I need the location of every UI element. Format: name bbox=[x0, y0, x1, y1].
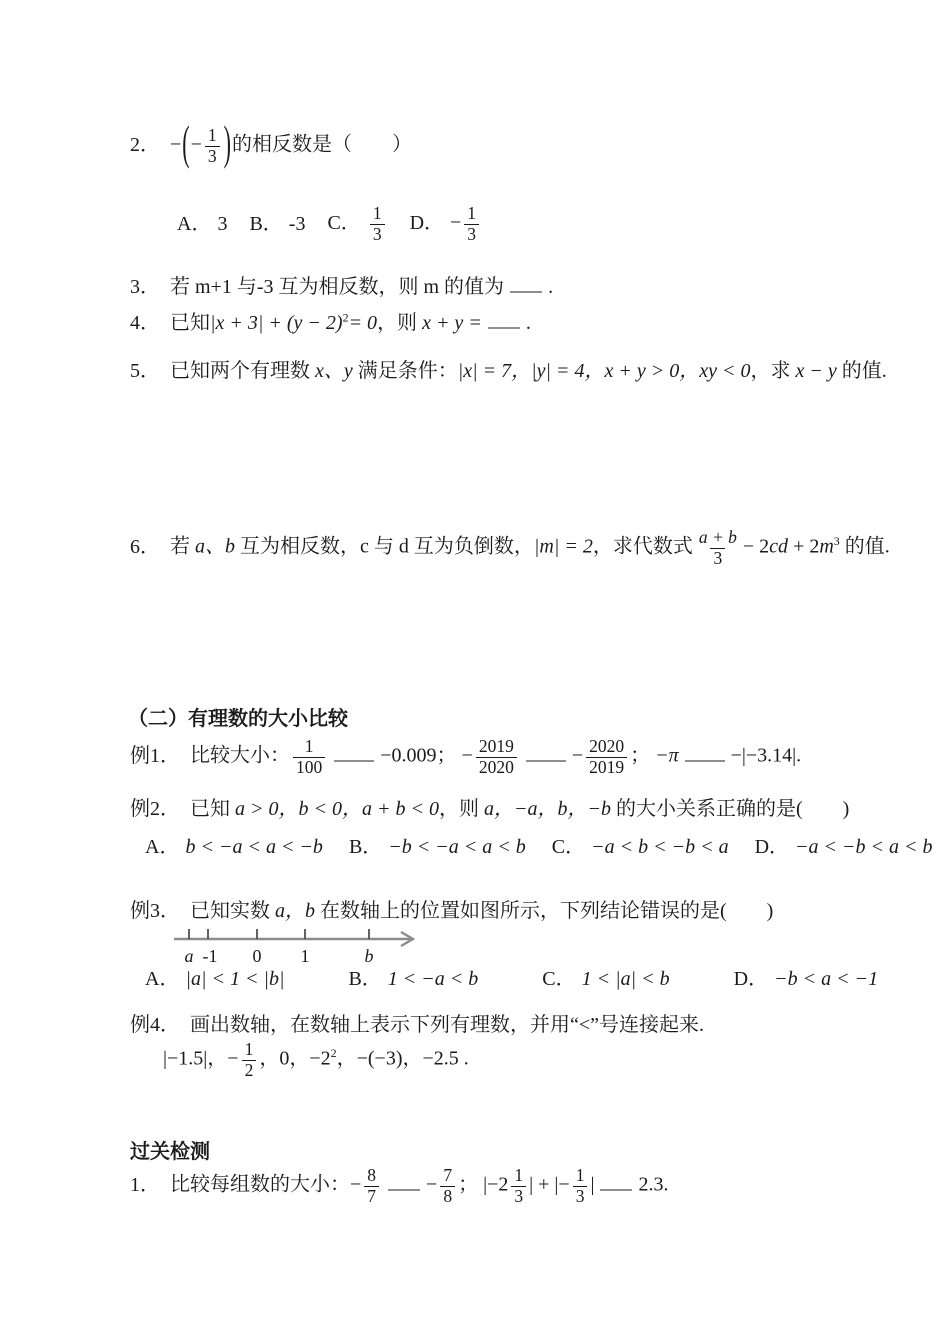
example-2: 例2．已知 a > 0，b < 0，a + b < 0，则 a，−a，b，−b … bbox=[130, 796, 849, 822]
pass-test-question-1: 1．比较每组数的大小：−87−78； |−213| + |−13|2.3. bbox=[130, 1166, 668, 1206]
example-1: 例1．比较大小：1100−0.009； −20192020−20202019； … bbox=[130, 737, 801, 777]
math-run: |x + 3| + (y − 2) bbox=[210, 312, 343, 334]
text-run: 画出数轴，在数轴上表示下列有理数，并用“<”号连接起来. bbox=[190, 1014, 704, 1036]
pass-test-heading: 过关检测 bbox=[130, 1139, 210, 1165]
math-minus: − bbox=[170, 134, 181, 156]
fraction-denominator: 8 bbox=[440, 1186, 455, 1207]
fraction-denominator: 3 bbox=[511, 1186, 526, 1207]
text-run: ； bbox=[630, 745, 650, 767]
text-run: 已知两个有理数 bbox=[170, 360, 310, 382]
math-run: m bbox=[819, 536, 833, 558]
text-run: ，则 bbox=[439, 798, 479, 820]
numline-label-a: a bbox=[185, 946, 194, 966]
option-label: D． bbox=[734, 968, 768, 990]
option-value: -3 bbox=[289, 213, 306, 235]
fraction-numerator: 1 bbox=[302, 737, 317, 757]
math-run: a、b bbox=[195, 536, 235, 558]
question-number: 例3． bbox=[130, 900, 180, 922]
numline-label-b: b bbox=[365, 946, 374, 966]
question-5: 5．已知两个有理数 x、y 满足条件：|x| = 7，|y| = 4，x + y… bbox=[130, 358, 887, 384]
math-run: −π bbox=[655, 745, 679, 767]
math-run: = 0 bbox=[349, 312, 378, 334]
section-title: （二）有理数的大小比较 bbox=[128, 708, 348, 730]
text-run: 互为相反数，c 与 d 互为负倒数， bbox=[240, 536, 534, 558]
text-run: 已知 bbox=[190, 798, 230, 820]
math-run: cd bbox=[769, 536, 788, 558]
fraction: a + b3 bbox=[696, 528, 740, 568]
text-run: . bbox=[548, 276, 553, 298]
right-paren: ) bbox=[223, 113, 232, 174]
option-label: A． bbox=[177, 213, 211, 235]
math-minus: − bbox=[191, 134, 202, 156]
math-minus: − bbox=[462, 745, 473, 767]
option-label: D． bbox=[410, 212, 444, 234]
text-run: 的值. bbox=[845, 536, 890, 558]
fraction-numerator: 2020 bbox=[586, 737, 627, 757]
math-run: a > 0，b < 0，a + b < 0 bbox=[235, 798, 439, 820]
text-run: 若 m+1 与-3 互为相反数，则 m 的值为 bbox=[170, 276, 504, 298]
option-b: B．-3 bbox=[249, 211, 305, 237]
option-value: −a < b < −b < a bbox=[591, 836, 728, 858]
math-minus: − bbox=[350, 1174, 361, 1196]
text-run: 的值. bbox=[842, 360, 887, 382]
option-c: C．−a < b < −b < a bbox=[552, 834, 729, 860]
fraction: 13 bbox=[370, 204, 385, 244]
section-title: 过关检测 bbox=[130, 1141, 210, 1163]
option-a: A．3 bbox=[177, 211, 227, 237]
fraction-denominator: 3 bbox=[710, 548, 725, 569]
math-run: + 2 bbox=[788, 536, 819, 558]
fraction: 20202019 bbox=[586, 737, 627, 777]
question-3: 3．若 m+1 与-3 互为相反数，则 m 的值为. bbox=[130, 274, 553, 300]
fraction-numerator: 1 bbox=[511, 1166, 526, 1186]
numline-label-0: 0 bbox=[253, 946, 262, 966]
text-run: ； bbox=[458, 1174, 483, 1196]
math-run: ，0，−2 bbox=[259, 1048, 330, 1070]
question-number: 3． bbox=[130, 276, 160, 298]
fraction-denominator: 3 bbox=[205, 146, 220, 167]
text-run: ，求 bbox=[751, 360, 791, 382]
fraction-numerator: 8 bbox=[364, 1166, 379, 1186]
question-2: 2．−(−13)的相反数是（ ） bbox=[130, 126, 412, 166]
fraction-denominator: 2020 bbox=[476, 757, 517, 778]
numline-label-1: 1 bbox=[301, 946, 310, 966]
option-value: 1 < |a| < b bbox=[582, 968, 670, 990]
text-run: 的相反数是（ ） bbox=[232, 134, 412, 156]
option-value: −a < −b < a < b bbox=[795, 836, 932, 858]
option-label: B． bbox=[349, 836, 382, 858]
answer-blank bbox=[526, 760, 566, 762]
math-minus: − bbox=[426, 1174, 437, 1196]
math-minus: − bbox=[572, 745, 583, 767]
question-number: 5． bbox=[130, 360, 160, 382]
fraction-denominator: 100 bbox=[293, 757, 325, 778]
fraction-numerator: 2019 bbox=[476, 737, 517, 757]
fraction: 12 bbox=[242, 1040, 257, 1080]
option-c: C．13 bbox=[327, 204, 387, 244]
question-number: 例4． bbox=[130, 1014, 180, 1036]
numline-label-neg1: -1 bbox=[203, 946, 218, 966]
option-value: 3 bbox=[217, 213, 227, 235]
option-d: D．−13 bbox=[410, 204, 482, 244]
question-number: 4． bbox=[130, 312, 160, 334]
text-run: 已知实数 bbox=[190, 900, 270, 922]
answer-blank bbox=[600, 1189, 632, 1191]
option-label: C． bbox=[552, 836, 585, 858]
option-value: b < −a < a < −b bbox=[185, 836, 322, 858]
text-run: 若 bbox=[170, 536, 190, 558]
fraction-denominator: 3 bbox=[573, 1186, 588, 1207]
math-run: −|−3.14|. bbox=[731, 745, 802, 767]
fraction-numerator: 1 bbox=[205, 126, 220, 146]
math-run: |−1.5|， bbox=[163, 1048, 227, 1070]
option-d: D．−b < a < −1 bbox=[734, 966, 878, 992]
math-run: − 2 bbox=[743, 536, 769, 558]
fraction: 87 bbox=[364, 1166, 379, 1206]
option-a: A．|a| < 1 < |b| bbox=[145, 966, 284, 992]
text-run: 的大小关系正确的是( ) bbox=[616, 798, 849, 820]
number-line-svg: a -1 0 1 b bbox=[172, 922, 422, 968]
option-b: B．−b < −a < a < b bbox=[349, 834, 526, 860]
math-run: x − y bbox=[796, 360, 837, 382]
fraction: 13 bbox=[511, 1166, 526, 1206]
math-minus: − bbox=[450, 212, 461, 234]
math-run: ，−(−3)，−2.5 . bbox=[337, 1048, 469, 1070]
fraction-denominator: 7 bbox=[364, 1186, 379, 1207]
text-run: ，求代数式 bbox=[593, 536, 693, 558]
math-run: x + y = bbox=[422, 312, 482, 334]
fraction: 13 bbox=[205, 126, 220, 166]
answer-blank bbox=[388, 1189, 420, 1191]
fraction-numerator: 7 bbox=[440, 1166, 455, 1186]
option-label: A． bbox=[145, 836, 179, 858]
question-number: 1． bbox=[130, 1174, 160, 1196]
answer-blank bbox=[488, 327, 520, 329]
option-value: 1 < −a < b bbox=[388, 968, 479, 990]
question-2-options: A．3 B．-3 C．13 D．−13 bbox=[177, 204, 482, 244]
fraction-numerator: 1 bbox=[370, 204, 385, 224]
fraction: 1100 bbox=[293, 737, 325, 777]
text-run: ，则 bbox=[377, 312, 417, 334]
option-label: B． bbox=[348, 968, 381, 990]
fraction: 13 bbox=[464, 204, 479, 244]
math-run: a，b bbox=[275, 900, 315, 922]
math-run: x、y bbox=[315, 360, 353, 382]
example-4: 例4．画出数轴，在数轴上表示下列有理数，并用“<”号连接起来. bbox=[130, 1012, 704, 1038]
text-run: 满足条件： bbox=[358, 360, 458, 382]
option-b: B．1 < −a < b bbox=[348, 966, 478, 992]
example-4-numbers: |−1.5|，−12，0，−22，−(−3)，−2.5 . bbox=[163, 1040, 469, 1080]
text-run: . bbox=[526, 312, 531, 334]
fraction-numerator: 1 bbox=[573, 1166, 588, 1186]
math-run: |−2 bbox=[483, 1174, 508, 1196]
option-label: C． bbox=[327, 212, 360, 234]
question-number: 6． bbox=[130, 536, 160, 558]
fraction: 13 bbox=[573, 1166, 588, 1206]
fraction-denominator: 3 bbox=[370, 224, 385, 245]
math-run: a，−a，b，−b bbox=[484, 798, 611, 820]
example-2-options: A．b < −a < a < −b B．−b < −a < a < b C．−a… bbox=[145, 834, 933, 860]
text-run: 已知 bbox=[170, 312, 210, 334]
math-run: 2.3. bbox=[638, 1174, 668, 1196]
answer-blank bbox=[510, 291, 542, 293]
left-paren: ( bbox=[181, 113, 190, 174]
option-label: A． bbox=[145, 968, 179, 990]
section-2-heading: （二）有理数的大小比较 bbox=[128, 706, 348, 732]
option-value: |a| < 1 < |b| bbox=[185, 968, 284, 990]
fraction: 20192020 bbox=[476, 737, 517, 777]
question-number: 2． bbox=[130, 134, 160, 156]
text-run: 比较每组数的大小： bbox=[170, 1174, 350, 1196]
example-3-options: A．|a| < 1 < |b| B．1 < −a < b C．1 < |a| <… bbox=[145, 966, 878, 992]
fraction-denominator: 3 bbox=[464, 224, 479, 245]
option-label: B． bbox=[249, 213, 282, 235]
fraction-numerator: 1 bbox=[464, 204, 479, 224]
superscript: 3 bbox=[834, 534, 840, 548]
math-minus: − bbox=[227, 1048, 238, 1070]
math-run: −0.009； bbox=[380, 745, 456, 767]
math-run: | + |− bbox=[529, 1174, 570, 1196]
fraction: 78 bbox=[440, 1166, 455, 1206]
text-run: 在数轴上的位置如图所示，下列结论错误的是( ) bbox=[320, 900, 773, 922]
math-run: | bbox=[590, 1174, 594, 1196]
math-run: |x| = 7，|y| = 4，x + y > 0，xy < 0 bbox=[458, 360, 751, 382]
question-number: 例1． bbox=[130, 745, 180, 767]
text-run: 比较大小： bbox=[190, 745, 290, 767]
fraction-denominator: 2019 bbox=[586, 757, 627, 778]
answer-blank bbox=[334, 760, 374, 762]
fraction-numerator: a + b bbox=[696, 528, 740, 548]
math-run: |m| = 2 bbox=[534, 536, 593, 558]
option-d: D．−a < −b < a < b bbox=[755, 834, 933, 860]
option-c: C．1 < |a| < b bbox=[542, 966, 669, 992]
option-a: A．b < −a < a < −b bbox=[145, 834, 323, 860]
question-number: 例2． bbox=[130, 798, 180, 820]
question-4: 4．已知|x + 3| + (y − 2)2= 0，则 x + y =. bbox=[130, 310, 531, 336]
answer-blank bbox=[685, 760, 725, 762]
option-label: D． bbox=[755, 836, 789, 858]
fraction-numerator: 1 bbox=[242, 1040, 257, 1060]
question-6: 6．若 a、b 互为相反数，c 与 d 互为负倒数，|m| = 2，求代数式a … bbox=[130, 528, 890, 568]
example-3: 例3．已知实数 a，b 在数轴上的位置如图所示，下列结论错误的是( ) bbox=[130, 898, 773, 924]
option-value: −b < a < −1 bbox=[774, 968, 878, 990]
option-label: C． bbox=[542, 968, 575, 990]
option-value: −b < −a < a < b bbox=[388, 836, 525, 858]
fraction-denominator: 2 bbox=[242, 1060, 257, 1081]
